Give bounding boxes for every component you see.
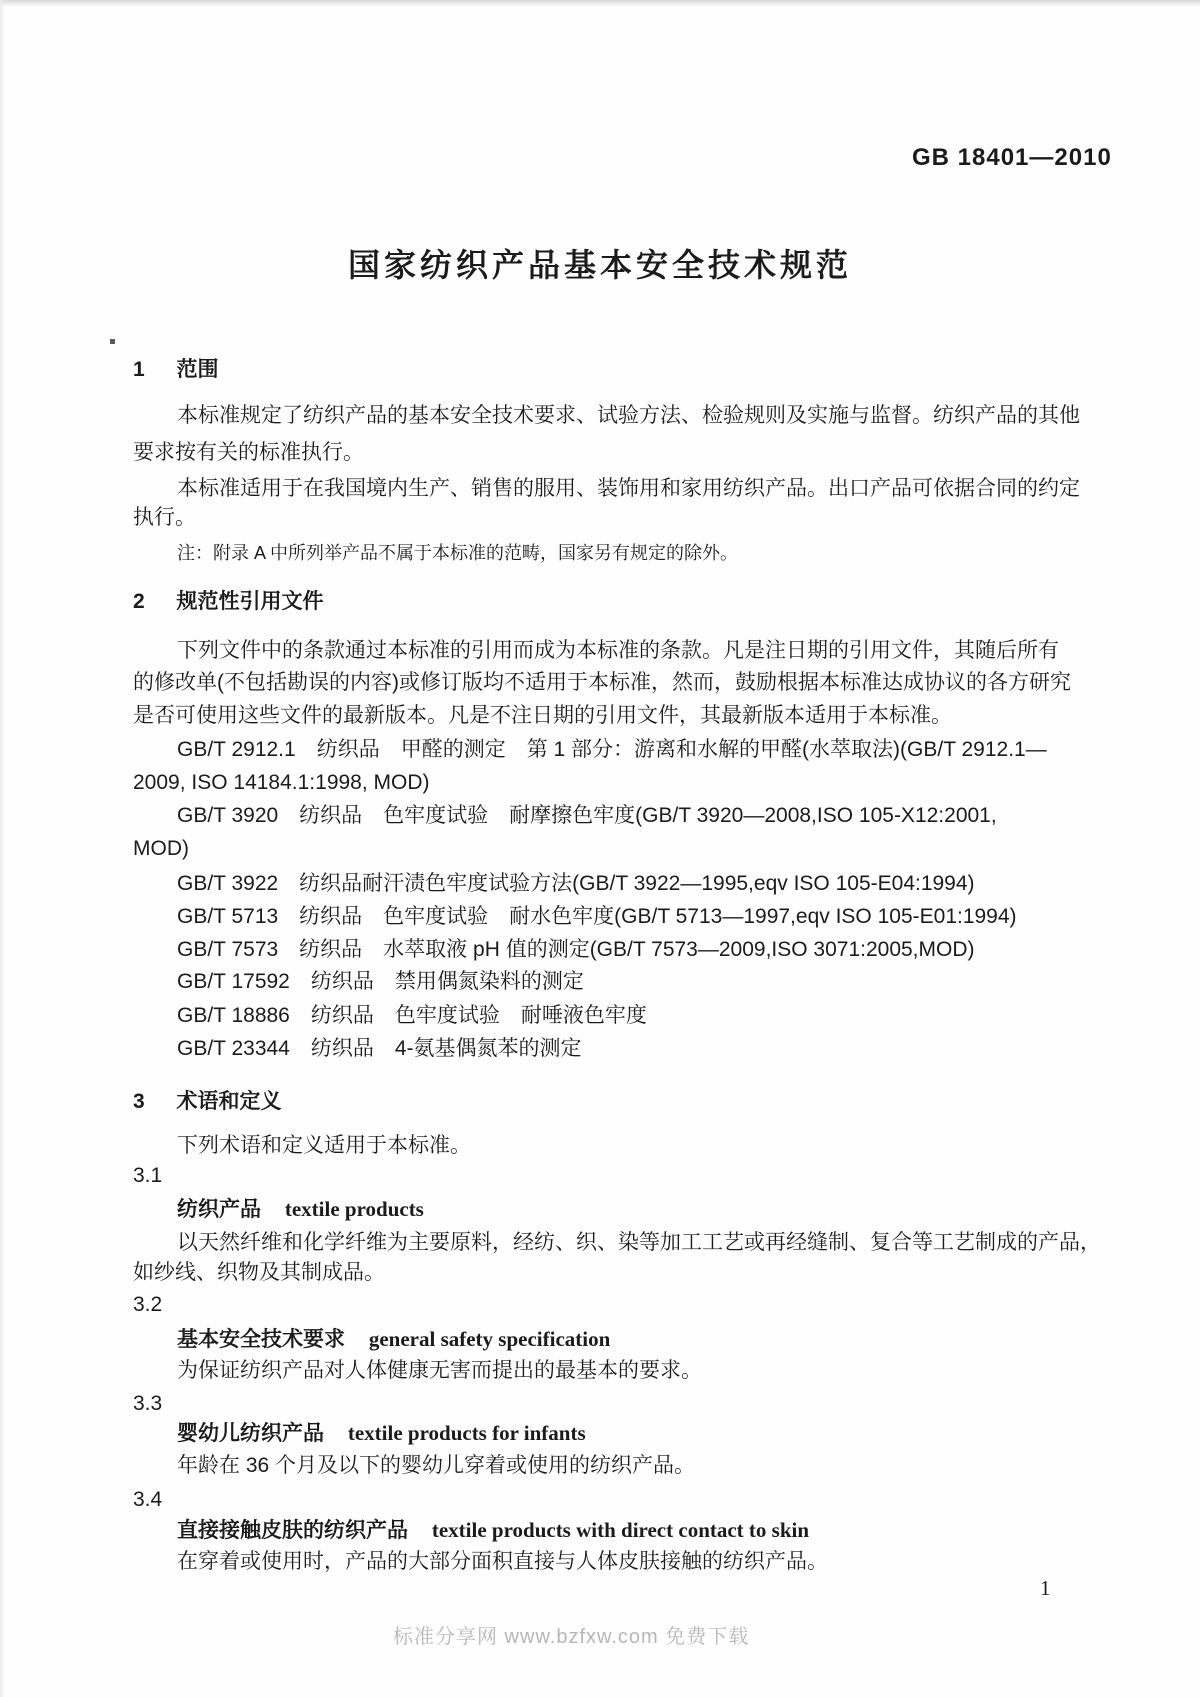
reference-gbt-5713: GB/T 5713 纺织品 色牢度试验 耐水色牢度(GB/T 5713—1997…: [177, 903, 1017, 930]
standard-code: GB 18401—2010: [912, 144, 1112, 172]
definition-3-1-line: 以天然纤维和化学纤维为主要原料，经纺、织、染等加工工艺或再经缝制、复合等工艺制成…: [177, 1229, 1101, 1256]
reference-gbt-7573: GB/T 7573 纺织品 水萃取液 pH 值的测定(GB/T 7573—200…: [177, 936, 975, 963]
section-1-paragraph-line: 要求按有关的标准执行。: [133, 439, 364, 466]
reference-gbt-23344: GB/T 23344 纺织品 4-氨基偶氮苯的测定: [177, 1035, 582, 1062]
section-2-title: 规范性引用文件: [177, 588, 324, 615]
subsection-number-3-3: 3.3: [133, 1390, 162, 1417]
section-3-heading: 3 术语和定义: [133, 1088, 282, 1115]
section-1-title: 范围: [177, 356, 219, 383]
definition-3-4-line: 在穿着或使用时，产品的大部分面积直接与人体皮肤接触的纺织产品。: [177, 1548, 828, 1575]
scan-speck: [110, 339, 115, 344]
reference-gbt-3922: GB/T 3922 纺织品耐汗渍色牢度试验方法(GB/T 3922—1995,e…: [177, 870, 975, 897]
section-1-number: 1: [133, 356, 145, 383]
section-1-paragraph-line: 本标准适用于在我国境内生产、销售的服用、装饰用和家用纺织产品。出口产品可依据合同…: [177, 475, 1080, 502]
definition-3-3-line: 年龄在 36 个月及以下的婴幼儿穿着或使用的纺织产品。: [177, 1452, 695, 1479]
definition-3-1-line: 如纱线、织物及其制成品。: [133, 1259, 385, 1286]
document-title: 国家纺织产品基本安全技术规范: [0, 240, 1200, 286]
reference-gbt-17592: GB/T 17592 纺织品 禁用偶氮染料的测定: [177, 968, 584, 995]
definition-3-2-line: 为保证纺织产品对人体健康无害而提出的最基本的要求。: [177, 1357, 702, 1384]
term-3-2-english: general safety specification: [369, 1327, 610, 1351]
section-2-paragraph-line: 的修改单(不包括勘误的内容)或修订版均不适用于本标准，然而，鼓励根据本标准达成协…: [133, 669, 1071, 696]
term-3-3: 婴幼儿纺织产品 textile products for infants: [177, 1420, 586, 1447]
term-3-1-chinese: 纺织产品: [177, 1198, 261, 1221]
reference-gbt-2912-1-line-2: 2009, ISO 14184.1:1998, MOD): [133, 769, 430, 796]
watermark: 标准分享网 www.bzfxw.com 免费下载: [393, 1620, 749, 1649]
reference-gbt-2912-1-line-1: GB/T 2912.1 纺织品 甲醛的测定 第 1 部分：游离和水解的甲醛(水萃…: [177, 736, 1047, 763]
term-3-4-chinese: 直接接触皮肤的纺织产品: [177, 1519, 408, 1542]
section-2-paragraph-line: 是否可使用这些文件的最新版本。凡是不注日期的引用文件，其最新版本适用于本标准。: [133, 702, 952, 729]
section-3-title: 术语和定义: [177, 1088, 282, 1115]
section-1-paragraph-line: 执行。: [133, 504, 196, 531]
section-2-heading: 2 规范性引用文件: [133, 588, 324, 615]
term-3-4-english: textile products with direct contact to …: [432, 1518, 809, 1542]
section-2-number: 2: [133, 588, 145, 615]
term-3-1-english: textile products: [285, 1197, 424, 1221]
section-1-note: 注：附录 A 中所列举产品不属于本标准的范畴，国家另有规定的除外。: [177, 541, 738, 565]
reference-gbt-3920-line-1: GB/T 3920 纺织品 色牢度试验 耐摩擦色牢度(GB/T 3920—200…: [177, 802, 997, 829]
subsection-number-3-2: 3.2: [133, 1291, 162, 1318]
scan-edge-top: [0, 0, 1200, 7]
term-3-3-english: textile products for infants: [348, 1421, 586, 1445]
term-3-2: 基本安全技术要求 general safety specification: [177, 1326, 610, 1353]
subsection-number-3-1: 3.1: [133, 1162, 162, 1189]
term-3-4: 直接接触皮肤的纺织产品 textile products with direct…: [177, 1517, 809, 1544]
reference-gbt-18886: GB/T 18886 纺织品 色牢度试验 耐唾液色牢度: [177, 1002, 647, 1029]
page-number: 1: [1040, 1576, 1051, 1601]
reference-gbt-3920-line-2: MOD): [133, 835, 189, 862]
term-3-1: 纺织产品 textile products: [177, 1196, 424, 1223]
section-1-paragraph-line: 本标准规定了纺织产品的基本安全技术要求、试验方法、检验规则及实施与监督。纺织产品…: [177, 402, 1080, 429]
section-2-paragraph-line: 下列文件中的条款通过本标准的引用而成为本标准的条款。凡是注日期的引用文件，其随后…: [177, 637, 1059, 664]
term-3-2-chinese: 基本安全技术要求: [177, 1328, 345, 1351]
section-1-heading: 1 范围: [133, 356, 219, 383]
section-3-number: 3: [133, 1088, 145, 1115]
term-3-3-chinese: 婴幼儿纺织产品: [177, 1422, 324, 1445]
subsection-number-3-4: 3.4: [133, 1486, 162, 1513]
document-page: GB 18401—2010 国家纺织产品基本安全技术规范 1 范围 本标准规定了…: [0, 0, 1200, 1697]
section-3-intro: 下列术语和定义适用于本标准。: [177, 1132, 471, 1159]
